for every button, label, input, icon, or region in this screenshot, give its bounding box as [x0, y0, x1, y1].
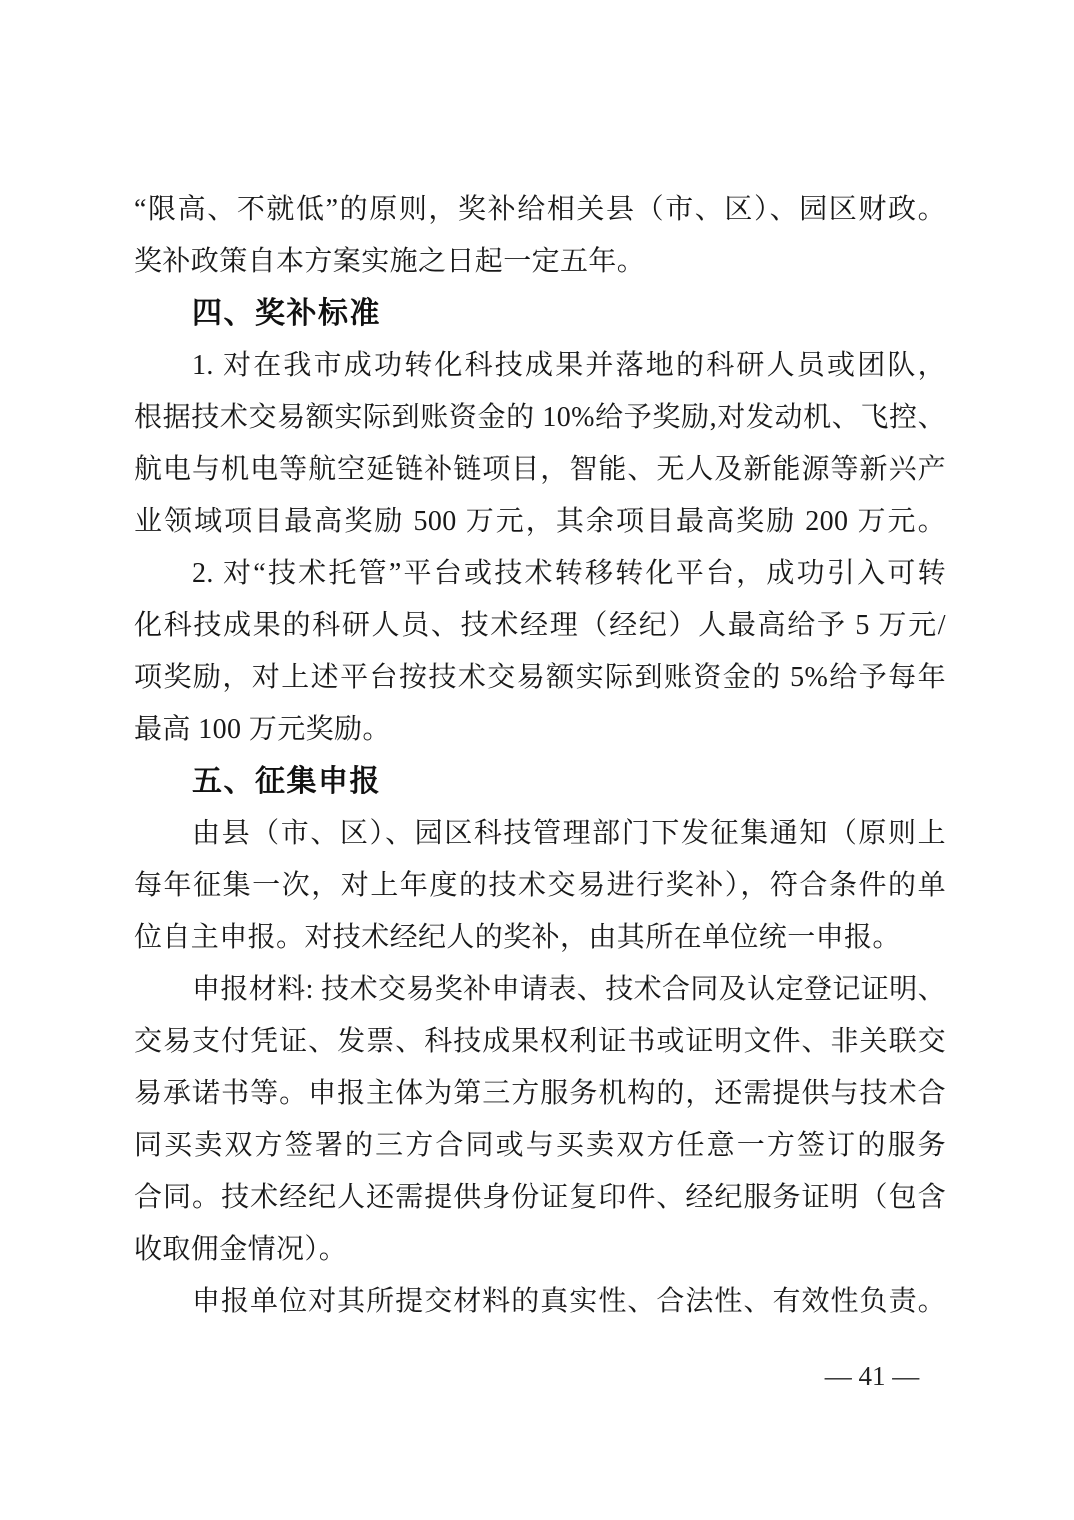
text-line: 1. 对在我市成功转化科技成果并落地的科研人员或团队，: [134, 340, 946, 392]
text-line: 位自主申报。对技术经纪人的奖补，由其所在单位统一申报。: [134, 912, 946, 964]
text-line: 由县（市、区）、园区科技管理部门下发征集通知（原则上: [134, 808, 946, 860]
text-line: 收取佣金情况）。: [134, 1224, 946, 1276]
page-number: — 41 —: [810, 1355, 934, 1397]
text-line: 合同。技术经纪人还需提供身份证复印件、经纪服务证明（包含: [134, 1172, 946, 1224]
document-body: “限高、不就低”的原则，奖补给相关县（市、区）、园区财政。奖补政策自本方案实施之…: [134, 184, 946, 1328]
text-line: 最高 100 万元奖励。: [134, 704, 946, 756]
text-line: 化科技成果的科研人员、技术经理（经纪）人最高给予 5 万元/: [134, 600, 946, 652]
section-heading: 四、奖补标准: [134, 288, 946, 340]
text-line: “限高、不就低”的原则，奖补给相关县（市、区）、园区财政。: [134, 184, 946, 236]
document-page: “限高、不就低”的原则，奖补给相关县（市、区）、园区财政。奖补政策自本方案实施之…: [0, 0, 1074, 1520]
section-heading: 五、征集申报: [134, 756, 946, 808]
text-line: 易承诺书等。申报主体为第三方服务机构的，还需提供与技术合: [134, 1068, 946, 1120]
text-line: 奖补政策自本方案实施之日起一定五年。: [134, 236, 946, 288]
text-line: 交易支付凭证、发票、科技成果权利证书或证明文件、非关联交: [134, 1016, 946, 1068]
text-line: 项奖励，对上述平台按技术交易额实际到账资金的 5%给予每年: [134, 652, 946, 704]
text-line: 根据技术交易额实际到账资金的 10%给予奖励,对发动机、飞控、: [134, 392, 946, 444]
text-line: 每年征集一次，对上年度的技术交易进行奖补），符合条件的单: [134, 860, 946, 912]
text-line: 申报单位对其所提交材料的真实性、合法性、有效性负责。: [134, 1276, 946, 1328]
text-line: 同买卖双方签署的三方合同或与买卖双方任意一方签订的服务: [134, 1120, 946, 1172]
text-line: 申报材料: 技术交易奖补申请表、技术合同及认定登记证明、: [134, 964, 946, 1016]
text-line: 航电与机电等航空延链补链项目，智能、无人及新能源等新兴产: [134, 444, 946, 496]
text-line: 业领域项目最高奖励 500 万元，其余项目最高奖励 200 万元。: [134, 496, 946, 548]
text-line: 2. 对“技术托管”平台或技术转移转化平台，成功引入可转: [134, 548, 946, 600]
